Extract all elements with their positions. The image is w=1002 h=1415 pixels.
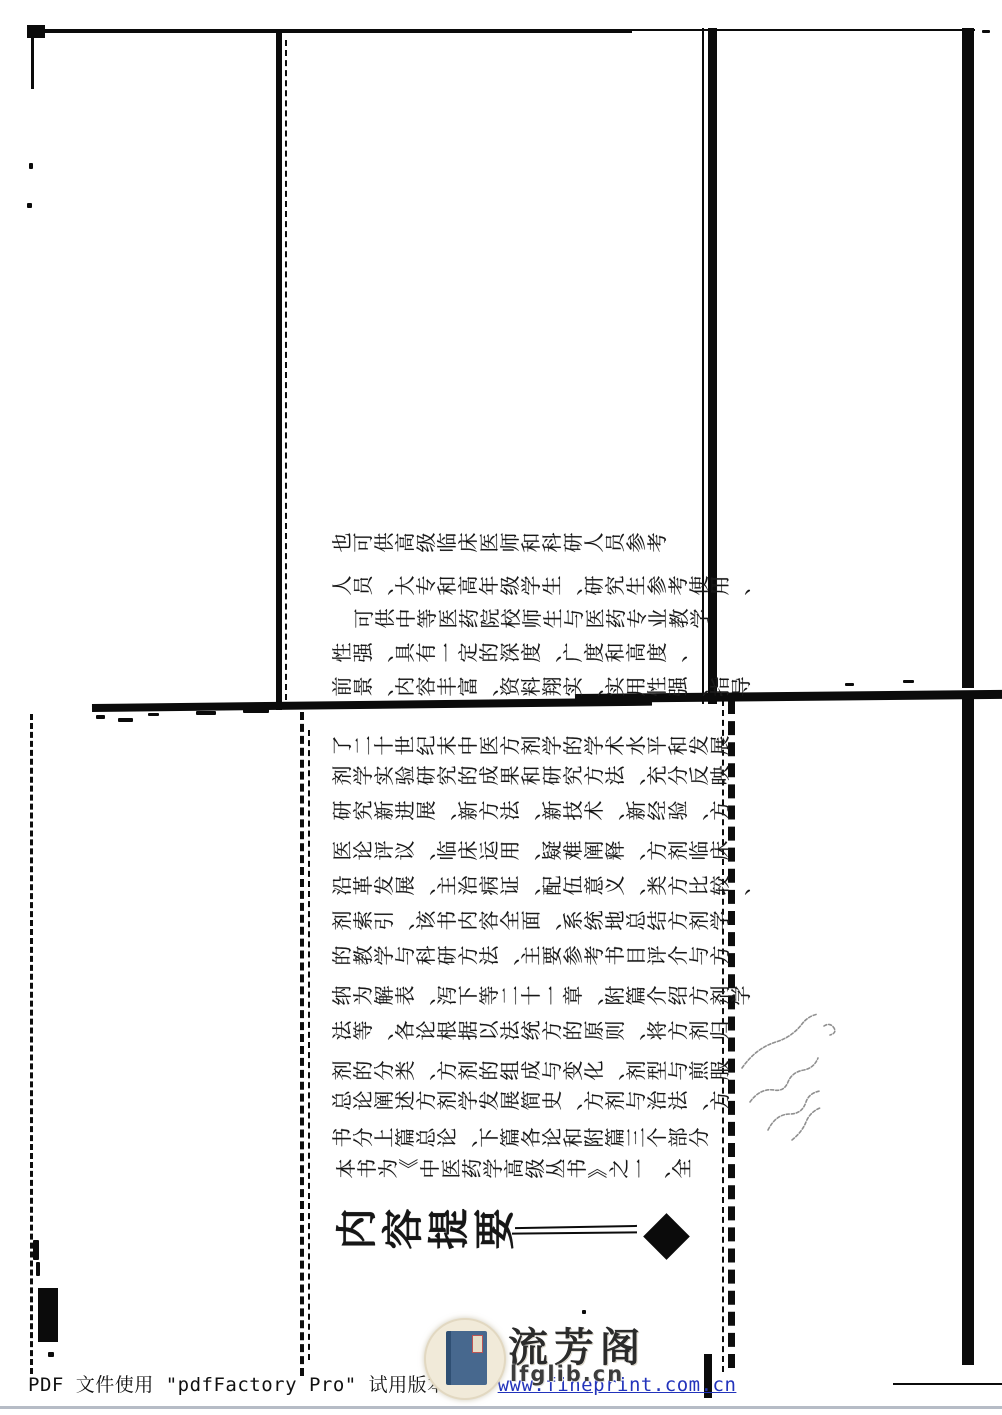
body-text-line: 可供中等医药院校师生与医药专业教学	[354, 608, 711, 629]
left-edge-segment	[31, 31, 34, 89]
crease-speck	[196, 711, 216, 715]
body-text-line: 性强、具有一定的深度、广度和高度、	[332, 642, 689, 663]
section-title: 内容提要	[334, 1206, 518, 1252]
gutter-line-right-upper-thin	[702, 28, 704, 704]
body-text-line: 也可供高级临床医师和科研人员参考	[332, 532, 668, 553]
body-text-line: 了二十世纪末中医方剂学的学术水平和发展	[332, 735, 731, 756]
left-edge-dot	[29, 163, 33, 169]
body-text-line: 书分上篇总论、下篇各论和附篇三个部分	[332, 1127, 710, 1148]
handwritten-scribble	[728, 990, 873, 1150]
site-watermark: 流芳阁 lfglib.cn	[424, 1314, 704, 1400]
crease-speck	[243, 709, 269, 713]
left-edge-dashed-line	[30, 714, 33, 1374]
title-rule	[512, 1231, 637, 1234]
crease-speck	[96, 715, 105, 719]
gutter-line-left-upper	[276, 30, 282, 710]
left-edge-dot	[27, 203, 32, 208]
gutter-line-left-lower-thin	[308, 730, 310, 1360]
title-rule	[515, 1225, 637, 1229]
body-text-line: 剂学实验研究的成果和研究方法、充分反映	[332, 765, 731, 786]
gutter-line-left-upper-thin	[285, 40, 287, 700]
watermark-site-domain: lfglib.cn	[510, 1362, 624, 1386]
diamond-icon	[643, 1213, 690, 1260]
body-text-line: 法等、各论根据以法统方的原则、将方剂归	[332, 1020, 731, 1041]
book-label	[472, 1335, 483, 1353]
crease-speck	[118, 718, 133, 722]
book-icon	[446, 1331, 487, 1385]
left-margin-smudge	[33, 1240, 39, 1260]
crease-speck	[903, 680, 914, 683]
corner-black-block	[38, 1288, 58, 1342]
top-edge-line-thin	[630, 29, 975, 31]
body-text-line: 前景、内容丰富、资料翔实、实用性强、指导	[332, 676, 752, 697]
spine-bar-upper	[962, 28, 974, 688]
body-text-line: 本书为《中医药学高级丛书》之一、全	[336, 1158, 693, 1179]
body-text-line: 剂的分类、方剂的组成与变化、剂型与煎服	[332, 1060, 731, 1081]
scanned-page: 本书为《中医药学高级丛书》之一、全 书分上篇总论、下篇各论和附篇三个部分 总论阐…	[0, 0, 1002, 1415]
scan-bottom-edge	[0, 1406, 1002, 1409]
body-text-line: 的教学与科研方法、主要参考书目评介与方	[332, 945, 731, 966]
body-text-line: 总论阐述方剂学发展简史、方剂与治法、方	[332, 1090, 731, 1111]
fold-crease-left	[92, 698, 652, 712]
body-text-line: 沿革发展、主治病证、配伍意义、类方比较、	[332, 875, 752, 896]
crease-speck	[845, 683, 854, 686]
gutter-line-right-upper-thick	[708, 28, 717, 704]
body-text-line: 医论评议、临床运用、疑难阐释、方剂临床	[332, 840, 731, 861]
top-edge-line-thick	[32, 29, 632, 33]
left-margin-smudge	[36, 1262, 40, 1276]
body-text-line: 纳为解表、泻下等二十一章、附篇介绍方剂学	[332, 985, 752, 1006]
crease-speck	[148, 713, 159, 716]
footer-trailing-line	[893, 1383, 1002, 1385]
body-text-line: 研究新进展、新方法、新技术、新经验、方	[332, 800, 731, 821]
body-text-line: 剂索引、该书内容全面、系统地总结方剂学	[332, 910, 731, 931]
top-edge-dot	[982, 30, 990, 33]
body-text-line: 人员、大专和高年级学生、研究生参考使用、	[332, 575, 752, 596]
spine-bar-lower	[962, 697, 974, 1365]
watermark-badge	[424, 1318, 506, 1400]
corner-dot	[48, 1352, 54, 1357]
gutter-line-left-lower	[300, 712, 304, 1376]
